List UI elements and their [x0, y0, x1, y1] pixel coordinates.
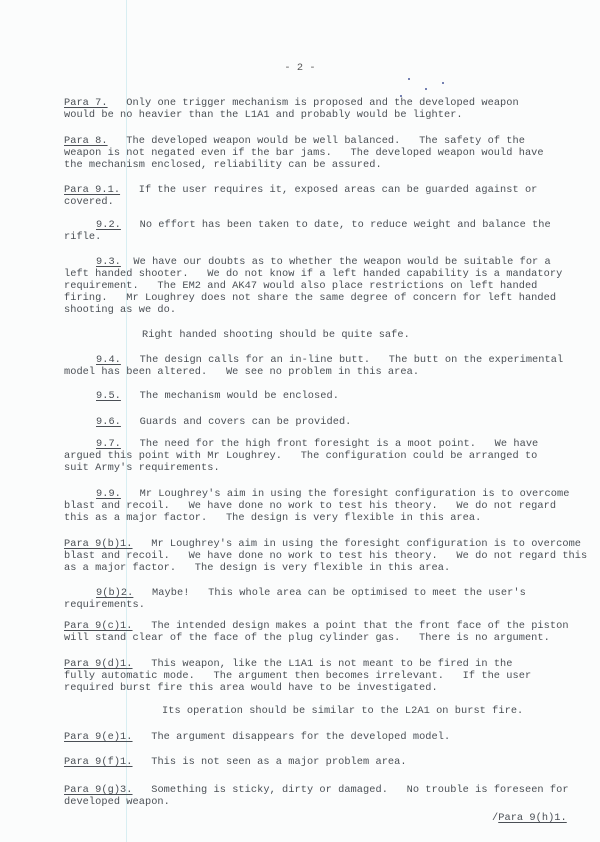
paragraph-text: blast and recoil. We have done no work t… [64, 500, 556, 512]
paragraph-line: Right handed shooting should be quite sa… [64, 329, 584, 341]
paragraph-text: weapon is not negated even if the bar ja… [64, 147, 544, 159]
paragraph-label: 9.5. [96, 390, 121, 402]
paragraph: 9.3. We have our doubts as to whether th… [64, 256, 584, 316]
paragraph-label: Para 9(b)1. [64, 538, 133, 550]
paragraph-label: Para 7. [64, 97, 108, 109]
paragraph-line: Its operation should be similar to the L… [64, 705, 584, 717]
paragraph-text: covered. [64, 196, 114, 208]
paragraph-line: Para 9(c)1. The intended design makes a … [64, 620, 584, 632]
paragraph-line: firing. Mr Loughrey does not share the s… [64, 292, 584, 304]
paragraph-label: Para 8. [64, 135, 108, 147]
paragraph-line: left handed shooter. We do not know if a… [64, 268, 584, 280]
paragraph-line: suit Army's requirements. [64, 462, 584, 474]
paragraph-line: as a major factor. The design is very fl… [64, 562, 584, 574]
continuation-marker: /Para 9(h)1. [492, 812, 567, 824]
paragraph-label: Para 9.1. [64, 184, 120, 196]
paragraph-line: blast and recoil. We have done no work t… [64, 550, 584, 562]
paragraph-label: 9.7. [96, 438, 121, 450]
paragraph: Para 9(g)3. Something is sticky, dirty o… [64, 784, 584, 808]
paragraph-line: requirement. The EM2 and AK47 would also… [64, 280, 584, 292]
paragraph-text: argued this point with Mr Loughrey. The … [64, 450, 537, 462]
paragraph-text: rifle. [64, 231, 101, 243]
paragraph-line: Para 9(b)1. Mr Loughrey's aim in using t… [64, 538, 584, 550]
paragraph-text: Only one trigger mechanism is proposed a… [108, 97, 519, 109]
paragraph-text: suit Army's requirements. [64, 462, 220, 474]
paragraph-line: requirements. [64, 599, 584, 611]
paragraph-label: 9.4. [96, 354, 121, 366]
paragraph-line: 9.7. The need for the high front foresig… [64, 438, 584, 450]
continuation-label: Para 9(h)1. [498, 812, 567, 824]
paragraph-text: The design calls for an in-line butt. Th… [121, 354, 563, 366]
paragraph: Para 9(c)1. The intended design makes a … [64, 620, 584, 644]
paragraph-line: Para 8. The developed weapon would be we… [64, 135, 584, 147]
paragraph-label: Para 9(d)1. [64, 658, 133, 670]
paragraph-line: 9.5. The mechanism would be enclosed. [64, 390, 584, 402]
paragraph: Para 8. The developed weapon would be we… [64, 135, 584, 171]
paragraph-line: argued this point with Mr Loughrey. The … [64, 450, 584, 462]
paragraph: 9.6. Guards and covers can be provided. [64, 416, 584, 428]
paragraph-text: Its operation should be similar to the L… [162, 705, 523, 717]
paragraph-text: this as a major factor. The design is ve… [64, 512, 481, 524]
paragraph-label: 9(b)2. [96, 587, 133, 599]
paragraph-label: 9.3. [96, 256, 121, 268]
paragraph-line: 9.6. Guards and covers can be provided. [64, 416, 584, 428]
paragraph-line: covered. [64, 196, 584, 208]
paragraph-label: Para 9(f)1. [64, 756, 133, 768]
document-page: - 2 - Para 7. Only one trigger mechanism… [0, 0, 600, 842]
paragraph-line: weapon is not negated even if the bar ja… [64, 147, 584, 159]
paragraph: Para 9(b)1. Mr Loughrey's aim in using t… [64, 538, 584, 574]
paragraph: 9.4. The design calls for an in-line but… [64, 354, 584, 378]
paragraph: 9.9. Mr Loughrey's aim in using the fore… [64, 488, 584, 524]
paragraph-text: developed weapon. [64, 796, 170, 808]
paragraph: 9(b)2. Maybe! This whole area can be opt… [64, 587, 584, 611]
paragraph: Right handed shooting should be quite sa… [64, 329, 584, 341]
paragraph-text: required burst fire this area would have… [64, 682, 438, 694]
paragraph-text: as a major factor. The design is very fl… [64, 562, 450, 574]
paragraph-text: Mr Loughrey's aim in using the foresight… [133, 538, 582, 550]
paragraph-line: Para 9(e)1. The argument disappears for … [64, 731, 584, 743]
paragraph: 9.7. The need for the high front foresig… [64, 438, 584, 474]
paragraph-text: The developed weapon would be well balan… [108, 135, 525, 147]
paragraph-text: This weapon, like the L1A1 is not meant … [133, 658, 513, 670]
paragraph-line: 9(b)2. Maybe! This whole area can be opt… [64, 587, 584, 599]
paragraph: Para 7. Only one trigger mechanism is pr… [64, 97, 584, 121]
paragraph-line: Para 9(d)1. This weapon, like the L1A1 i… [64, 658, 584, 670]
paragraph-label: Para 9(g)3. [64, 784, 133, 796]
paragraph-line: model has been altered. We see no proble… [64, 366, 584, 378]
paragraph-line: 9.2. No effort has been taken to date, t… [64, 219, 584, 231]
paragraph-text: We have our doubts as to whether the wea… [121, 256, 551, 268]
paragraph-line: Para 9.1. If the user requires it, expos… [64, 184, 584, 196]
paragraph: Para 9(f)1. This is not seen as a major … [64, 756, 584, 768]
paragraph-text: The intended design makes a point that t… [133, 620, 569, 632]
paragraph-label: Para 9(c)1. [64, 620, 133, 632]
paragraph-line: developed weapon. [64, 796, 584, 808]
paragraph-line: 9.4. The design calls for an in-line but… [64, 354, 584, 366]
paragraph-text: requirements. [64, 599, 145, 611]
paragraph-text: If the user requires it, exposed areas c… [120, 184, 537, 196]
paragraph: Para 9.1. If the user requires it, expos… [64, 184, 584, 208]
paragraph-text: will stand clear of the face of the plug… [64, 632, 550, 644]
paragraph-text: The need for the high front foresight is… [121, 438, 538, 450]
page-number: - 2 - [0, 62, 600, 74]
paragraph-line: blast and recoil. We have done no work t… [64, 500, 584, 512]
paragraph-line: 9.9. Mr Loughrey's aim in using the fore… [64, 488, 584, 500]
paragraph-text: Something is sticky, dirty or damaged. N… [133, 784, 569, 796]
paragraph-text: The argument disappears for the develope… [133, 731, 451, 743]
paragraph-text: Mr Loughrey's aim in using the foresight… [121, 488, 570, 500]
paragraph-text: Guards and covers can be provided. [121, 416, 351, 428]
paragraph-text: firing. Mr Loughrey does not share the s… [64, 292, 556, 304]
paragraph: Its operation should be similar to the L… [64, 705, 584, 717]
paragraph-label: Para 9(e)1. [64, 731, 133, 743]
paragraph-line: the mechanism enclosed, reliability can … [64, 159, 584, 171]
paragraph-text: model has been altered. We see no proble… [64, 366, 419, 378]
paragraph-text: the mechanism enclosed, reliability can … [64, 159, 382, 171]
paragraph-label: 9.6. [96, 416, 121, 428]
paragraph-text: This is not seen as a major problem area… [133, 756, 407, 768]
paragraph: 9.2. No effort has been taken to date, t… [64, 219, 584, 243]
paragraph-line: required burst fire this area would have… [64, 682, 584, 694]
paragraph-line: fully automatic mode. The argument then … [64, 670, 584, 682]
paragraph-label: 9.9. [96, 488, 121, 500]
paragraph-line: Para 7. Only one trigger mechanism is pr… [64, 97, 584, 109]
paragraph-text: would be no heavier than the L1A1 and pr… [64, 109, 463, 121]
paragraph-text: Maybe! This whole area can be optimised … [133, 587, 525, 599]
paragraph-line: rifle. [64, 231, 584, 243]
paragraph-line: will stand clear of the face of the plug… [64, 632, 584, 644]
paragraph-line: would be no heavier than the L1A1 and pr… [64, 109, 584, 121]
paragraph-line: shooting as we do. [64, 304, 584, 316]
paragraph-text: requirement. The EM2 and AK47 would also… [64, 280, 537, 292]
paragraph: Para 9(e)1. The argument disappears for … [64, 731, 584, 743]
paragraph-text: The mechanism would be enclosed. [121, 390, 339, 402]
paragraph-text: No effort has been taken to date, to red… [121, 219, 551, 231]
paragraph-text: blast and recoil. We have done no work t… [64, 550, 587, 562]
paragraph: Para 9(d)1. This weapon, like the L1A1 i… [64, 658, 584, 694]
paragraph-line: this as a major factor. The design is ve… [64, 512, 584, 524]
paragraph: 9.5. The mechanism would be enclosed. [64, 390, 584, 402]
paragraph-text: Right handed shooting should be quite sa… [142, 329, 410, 341]
paragraph-text: fully automatic mode. The argument then … [64, 670, 531, 682]
paragraph-line: Para 9(f)1. This is not seen as a major … [64, 756, 584, 768]
paragraph-line: Para 9(g)3. Something is sticky, dirty o… [64, 784, 584, 796]
paragraph-label: 9.2. [96, 219, 121, 231]
paragraph-line: 9.3. We have our doubts as to whether th… [64, 256, 584, 268]
paragraph-text: left handed shooter. We do not know if a… [64, 268, 562, 280]
paragraph-text: shooting as we do. [64, 304, 176, 316]
